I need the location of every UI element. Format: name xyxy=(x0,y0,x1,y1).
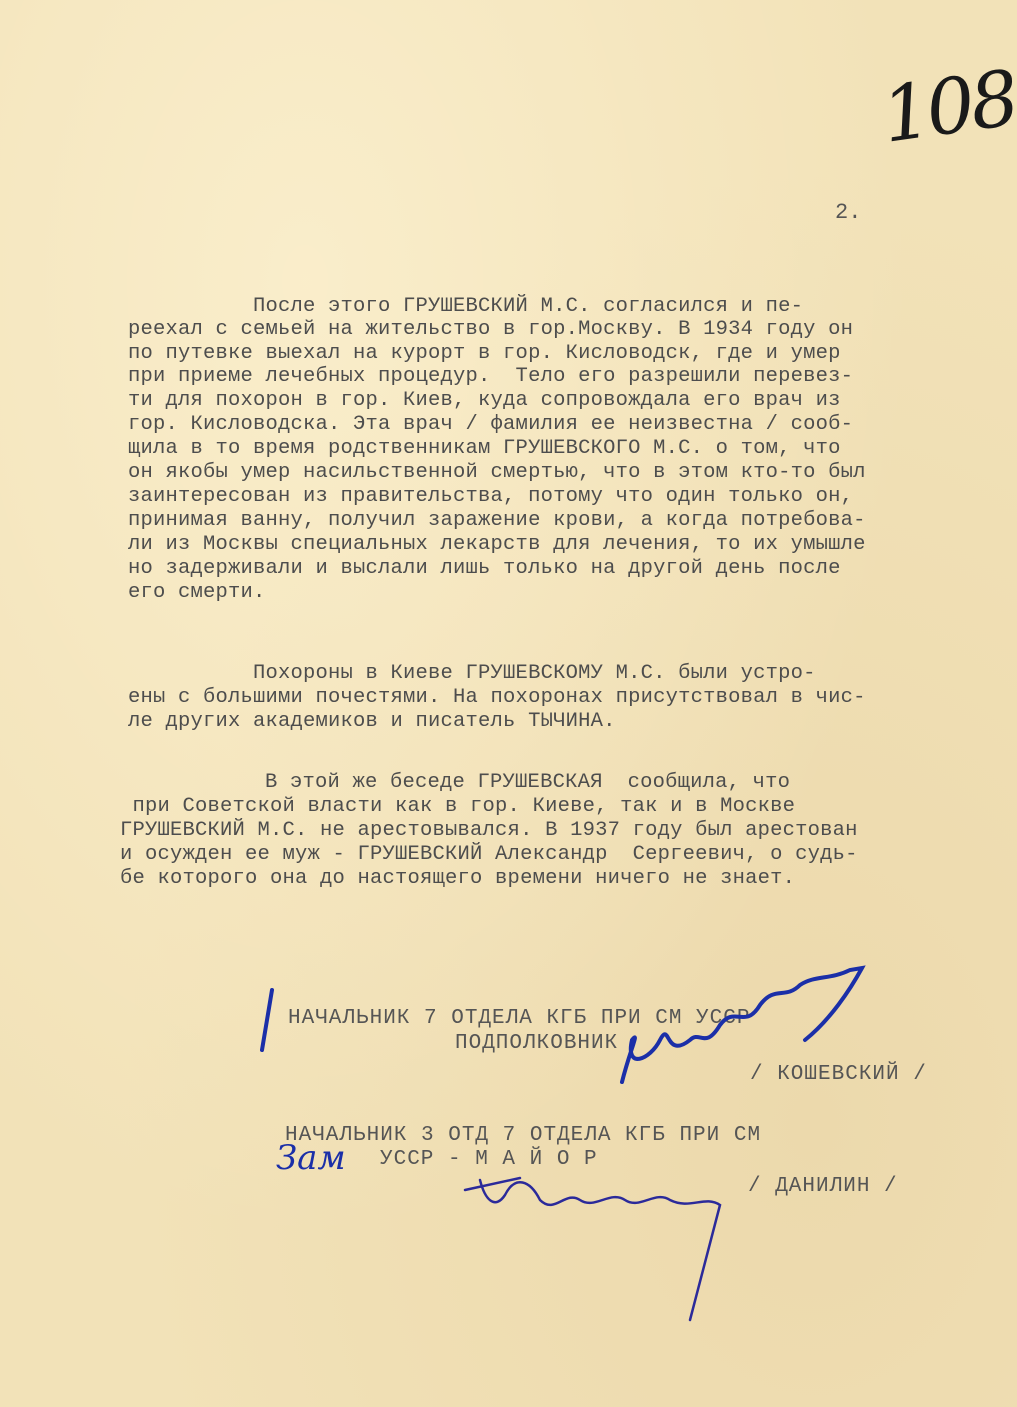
signatory-title: НАЧАЛЬНИК 7 ОТДЕЛА КГБ ПРИ СМ УССР xyxy=(288,1007,750,1031)
text-line: при приеме лечебных процедур. Тело его р… xyxy=(128,366,853,388)
text-line: щила в то время родственникам ГРУШЕВСКОГ… xyxy=(128,438,841,460)
text-line: ли из Москвы специальных лекарств для ле… xyxy=(128,534,866,556)
text-line: гор. Кисловодска. Эта врач / фамилия ее … xyxy=(128,414,853,436)
text-line: ены с большими почестями. На похоронах п… xyxy=(128,687,866,709)
signatory-name: / КОШЕВСКИЙ / xyxy=(750,1063,927,1087)
text-line: он якобы умер насильственной смертью, чт… xyxy=(128,462,866,484)
text-line: бе которого она до настоящего времени ни… xyxy=(120,868,795,890)
text-line: и осужден ее муж - ГРУШЕВСКИЙ Александр … xyxy=(120,844,858,866)
text-line: по путевке выехал на курорт в гор. Кисло… xyxy=(128,343,841,365)
page-number: 2. xyxy=(835,200,861,225)
text-line: В этой же беседе ГРУШЕВСКАЯ сообщила, чт… xyxy=(140,772,790,794)
text-line: реехал с семьей на жительство в гор.Моск… xyxy=(128,319,853,341)
text-line: заинтересован из правительства, потому ч… xyxy=(128,486,853,508)
signatory-rank: УССР - М А Й О Р xyxy=(380,1148,598,1172)
text-line: ГРУШЕВСКИЙ М.С. не арестовывался. В 1937… xyxy=(120,820,858,842)
text-line: ти для похорон в гор. Киев, куда сопрово… xyxy=(128,390,841,412)
handwritten-note: Зам xyxy=(276,1138,346,1178)
text-line: при Советской власти как в гор. Киеве, т… xyxy=(120,796,795,818)
text-line: но задерживали и выслали лишь только на … xyxy=(128,558,841,580)
signatory-title: НАЧАЛЬНИК 3 ОТД 7 ОТДЕЛА КГБ ПРИ СМ xyxy=(285,1124,761,1148)
text-line: его смерти. xyxy=(128,582,266,604)
text-line: принимая ванну, получил заражение крови,… xyxy=(128,510,866,532)
handwritten-folio-number: 108 xyxy=(876,53,1017,160)
text-line: Похороны в Киеве ГРУШЕВСКОМУ М.С. были у… xyxy=(128,663,816,685)
text-line: ле других академиков и писатель ТЫЧИНА. xyxy=(128,711,616,733)
text-line: После этого ГРУШЕВСКИЙ М.С. согласился и… xyxy=(128,296,803,318)
signatory-rank: ПОДПОЛКОВНИК xyxy=(455,1032,618,1056)
signatory-name: / ДАНИЛИН / xyxy=(748,1175,898,1199)
